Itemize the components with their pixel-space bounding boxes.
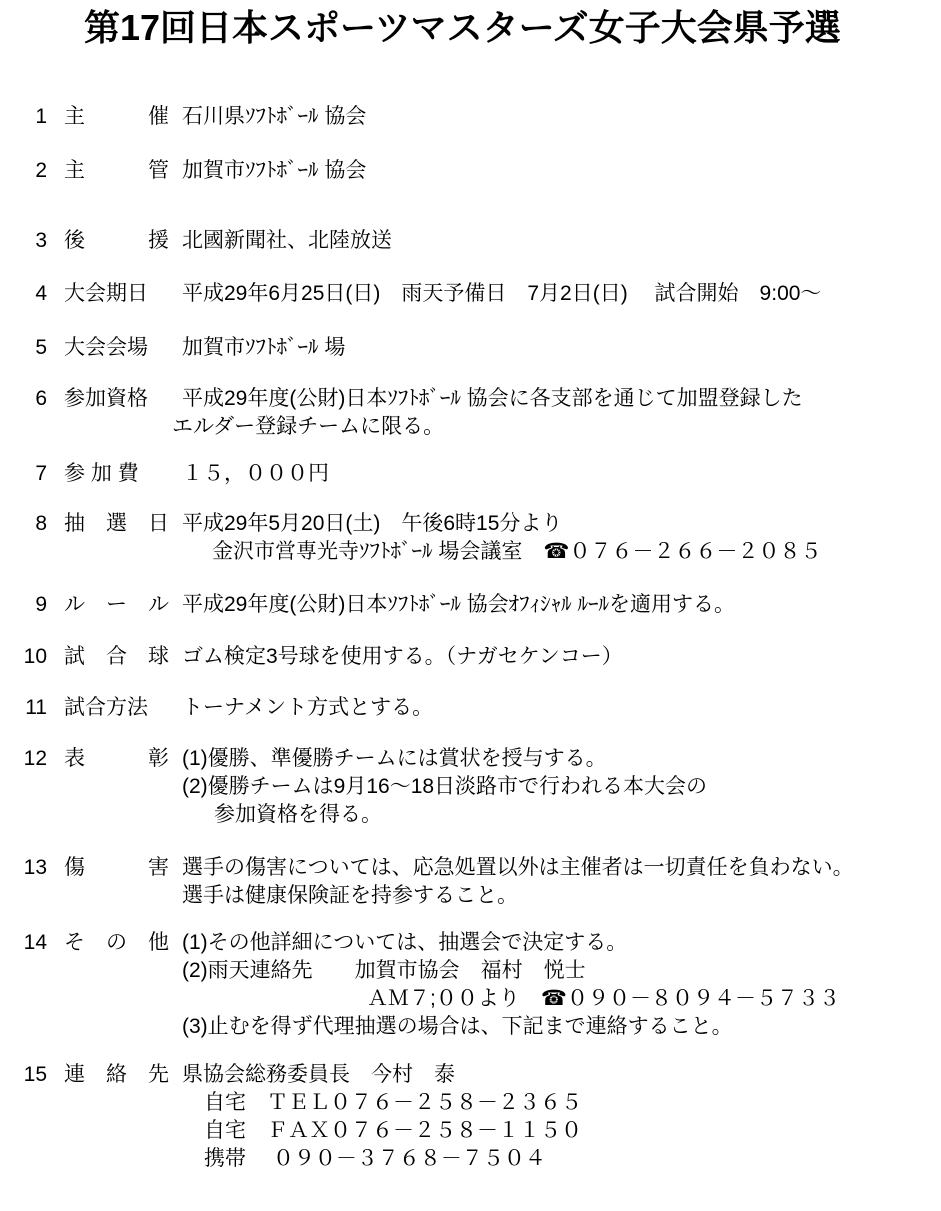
item-number: 1 xyxy=(20,103,47,131)
item-content: (1)優勝、準優勝チームには賞状を授与する。 (2)優勝チームは9月16～18日… xyxy=(182,745,941,829)
item-text: 金沢市営専光寺ｿﾌﾄﾎﾞｰﾙ 場会議室 ☎０７６－２６６－２０８５ xyxy=(212,538,941,566)
time-text: ＡＭ７;００より xyxy=(367,987,541,1010)
item-label: 試合方法 xyxy=(64,694,182,722)
item-number: 6 xyxy=(20,385,47,413)
item-content: 北國新聞社、北陸放送 xyxy=(182,227,941,255)
item-label: 大会会場 xyxy=(64,334,182,362)
item-label: 表 彰 xyxy=(64,745,182,773)
item-text: 選手は健康保険証を持参すること。 xyxy=(182,882,941,910)
item-number: 9 xyxy=(20,591,47,619)
phone-icon: ☎ xyxy=(543,540,569,563)
item-text: 平成29年度(公財)日本ｿﾌﾄﾎﾞｰﾙ 協会に各支部を通じて加盟登録した xyxy=(182,385,941,413)
item-text: ＡＭ７;００より ☎０９０－８０９４－５７３３ xyxy=(367,985,941,1013)
list-item: 14 そ の 他 (1)その他詳細については、抽選会で決定する。 (2)雨天連絡… xyxy=(20,929,941,1041)
list-item: 11 試合方法 トーナメント方式とする。 xyxy=(20,694,941,722)
item-content: (1)その他詳細については、抽選会で決定する。 (2)雨天連絡先 加賀市協会 福… xyxy=(182,929,941,1041)
item-content: トーナメント方式とする。 xyxy=(182,694,941,722)
item-text: 選手の傷害については、応急処置以外は主催者は一切責任を負わない。 xyxy=(182,854,941,882)
item-number: 5 xyxy=(20,334,47,362)
item-text: 平成29年6月25日(日) 雨天予備日 7月2日(日) 試合開始 9:00～ xyxy=(182,280,941,308)
list-item: 1 主 催 石川県ｿﾌﾄﾎﾞｰﾙ 協会 xyxy=(20,103,941,131)
item-text: 北國新聞社、北陸放送 xyxy=(182,227,941,255)
item-text: 平成29年5月20日(土) 午後6時15分より xyxy=(182,510,941,538)
item-label: 後 援 xyxy=(64,227,182,255)
list-item: 13 傷 害 選手の傷害については、応急処置以外は主催者は一切責任を負わない。 … xyxy=(20,854,941,910)
item-number: 7 xyxy=(20,460,47,488)
item-text: 石川県ｿﾌﾄﾎﾞｰﾙ 協会 xyxy=(182,103,941,131)
item-label: 大会期日 xyxy=(64,280,182,308)
item-text: ゴム検定3号球を使用する。（ナガセケンコー） xyxy=(182,643,941,671)
list-item: 7 参 加 費 １５，０００円 xyxy=(20,460,941,488)
item-text: (1)その他詳細については、抽選会で決定する。 xyxy=(182,929,941,957)
item-text: (3)止むを得ず代理抽選の場合は、下記まで連絡すること。 xyxy=(182,1013,941,1041)
item-number: 2 xyxy=(20,157,47,185)
item-content: 選手の傷害については、応急処置以外は主催者は一切責任を負わない。 選手は健康保険… xyxy=(182,854,941,910)
item-text: 自宅 ＦＡＸ０７６－２５８－１１５０ xyxy=(204,1117,941,1145)
item-text: 平成29年度(公財)日本ｿﾌﾄﾎﾞｰﾙ 協会ｵﾌｨｼｬﾙ ﾙｰﾙを適用する。 xyxy=(182,591,941,619)
item-text: 加賀市ｿﾌﾄﾎﾞｰﾙ 場 xyxy=(182,334,941,362)
item-text: エルダー登録チームに限る。 xyxy=(172,413,941,441)
item-content: 加賀市ｿﾌﾄﾎﾞｰﾙ 協会 xyxy=(182,157,941,185)
item-number: 10 xyxy=(20,643,47,671)
phone-icon: ☎ xyxy=(541,987,567,1010)
list-item: 10 試 合 球 ゴム検定3号球を使用する。（ナガセケンコー） xyxy=(20,643,941,671)
item-number: 15 xyxy=(20,1061,47,1089)
list-item: 8 抽 選 日 平成29年5月20日(土) 午後6時15分より 金沢市営専光寺ｿ… xyxy=(20,510,941,566)
list-item: 6 参加資格 平成29年度(公財)日本ｿﾌﾄﾎﾞｰﾙ 協会に各支部を通じて加盟登… xyxy=(20,385,941,441)
item-label: 主 催 xyxy=(64,103,182,131)
list-item: 2 主 管 加賀市ｿﾌﾄﾎﾞｰﾙ 協会 xyxy=(20,157,941,185)
item-content: １５，０００円 xyxy=(182,460,941,488)
item-text: (1)優勝、準優勝チームには賞状を授与する。 xyxy=(182,745,941,773)
item-content: 県協会総務委員長 今村 泰 自宅 ＴＥＬ０７６－２５８－２３６５ 自宅 ＦＡＸ０… xyxy=(182,1061,941,1173)
item-content: ゴム検定3号球を使用する。（ナガセケンコー） xyxy=(182,643,941,671)
item-content: 平成29年5月20日(土) 午後6時15分より 金沢市営専光寺ｿﾌﾄﾎﾞｰﾙ 場… xyxy=(182,510,941,566)
list-item: 3 後 援 北國新聞社、北陸放送 xyxy=(20,227,941,255)
item-number: 3 xyxy=(20,227,47,255)
item-label: ル ー ル xyxy=(64,591,182,619)
item-label: 抽 選 日 xyxy=(64,510,182,538)
list-item: 9 ル ー ル 平成29年度(公財)日本ｿﾌﾄﾎﾞｰﾙ 協会ｵﾌｨｼｬﾙ ﾙｰﾙ… xyxy=(20,591,941,619)
item-text: 加賀市ｿﾌﾄﾎﾞｰﾙ 協会 xyxy=(182,157,941,185)
item-content: 平成29年6月25日(日) 雨天予備日 7月2日(日) 試合開始 9:00～ xyxy=(182,280,941,308)
item-label: 主 管 xyxy=(64,157,182,185)
item-label: 試 合 球 xyxy=(64,643,182,671)
item-text: (2)雨天連絡先 加賀市協会 福村 悦士 xyxy=(182,957,941,985)
item-label: 連 絡 先 xyxy=(64,1061,182,1089)
item-list: 1 主 催 石川県ｿﾌﾄﾎﾞｰﾙ 協会 2 主 管 加賀市ｿﾌﾄﾎﾞｰﾙ 協会 … xyxy=(0,103,941,1173)
item-label: 参加資格 xyxy=(64,385,182,413)
item-text: 自宅 ＴＥＬ０７６－２５８－２３６５ xyxy=(204,1089,941,1117)
item-number: 12 xyxy=(20,745,47,773)
document-page: 第17回日本スポーツマスターズ女子大会県予選 1 主 催 石川県ｿﾌﾄﾎﾞｰﾙ … xyxy=(0,0,941,1211)
item-label: 参 加 費 xyxy=(64,460,182,488)
item-text: 参加資格を得る。 xyxy=(214,801,941,829)
item-text: 携帯 ０９０－３７６８－７５０４ xyxy=(204,1145,941,1173)
list-item: 15 連 絡 先 県協会総務委員長 今村 泰 自宅 ＴＥＬ０７６－２５８－２３６… xyxy=(20,1061,941,1173)
list-item: 4 大会期日 平成29年6月25日(日) 雨天予備日 7月2日(日) 試合開始 … xyxy=(20,280,941,308)
phone-number: ０７６－２６６－２０８５ xyxy=(570,540,822,563)
item-text: (2)優勝チームは9月16～18日淡路市で行われる本大会の xyxy=(182,773,941,801)
phone-number: ０９０－８０９４－５７３３ xyxy=(567,987,840,1010)
list-item: 12 表 彰 (1)優勝、準優勝チームには賞状を授与する。 (2)優勝チームは9… xyxy=(20,745,941,829)
item-content: 平成29年度(公財)日本ｿﾌﾄﾎﾞｰﾙ 協会ｵﾌｨｼｬﾙ ﾙｰﾙを適用する。 xyxy=(182,591,941,619)
item-label: そ の 他 xyxy=(64,929,182,957)
venue-text: 金沢市営専光寺ｿﾌﾄﾎﾞｰﾙ 場会議室 xyxy=(212,540,543,563)
item-text: １５，０００円 xyxy=(182,460,941,488)
item-text: トーナメント方式とする。 xyxy=(182,694,941,722)
item-content: 加賀市ｿﾌﾄﾎﾞｰﾙ 場 xyxy=(182,334,941,362)
list-item: 5 大会会場 加賀市ｿﾌﾄﾎﾞｰﾙ 場 xyxy=(20,334,941,362)
page-title: 第17回日本スポーツマスターズ女子大会県予選 xyxy=(84,8,941,48)
item-number: 14 xyxy=(20,929,47,957)
item-text: 県協会総務委員長 今村 泰 xyxy=(182,1061,941,1089)
item-label: 傷 害 xyxy=(64,854,182,882)
item-number: 8 xyxy=(20,510,47,538)
item-content: 平成29年度(公財)日本ｿﾌﾄﾎﾞｰﾙ 協会に各支部を通じて加盟登録した エルダ… xyxy=(182,385,941,441)
item-number: 13 xyxy=(20,854,47,882)
item-number: 4 xyxy=(20,280,47,308)
item-number: 11 xyxy=(20,694,47,722)
item-content: 石川県ｿﾌﾄﾎﾞｰﾙ 協会 xyxy=(182,103,941,131)
